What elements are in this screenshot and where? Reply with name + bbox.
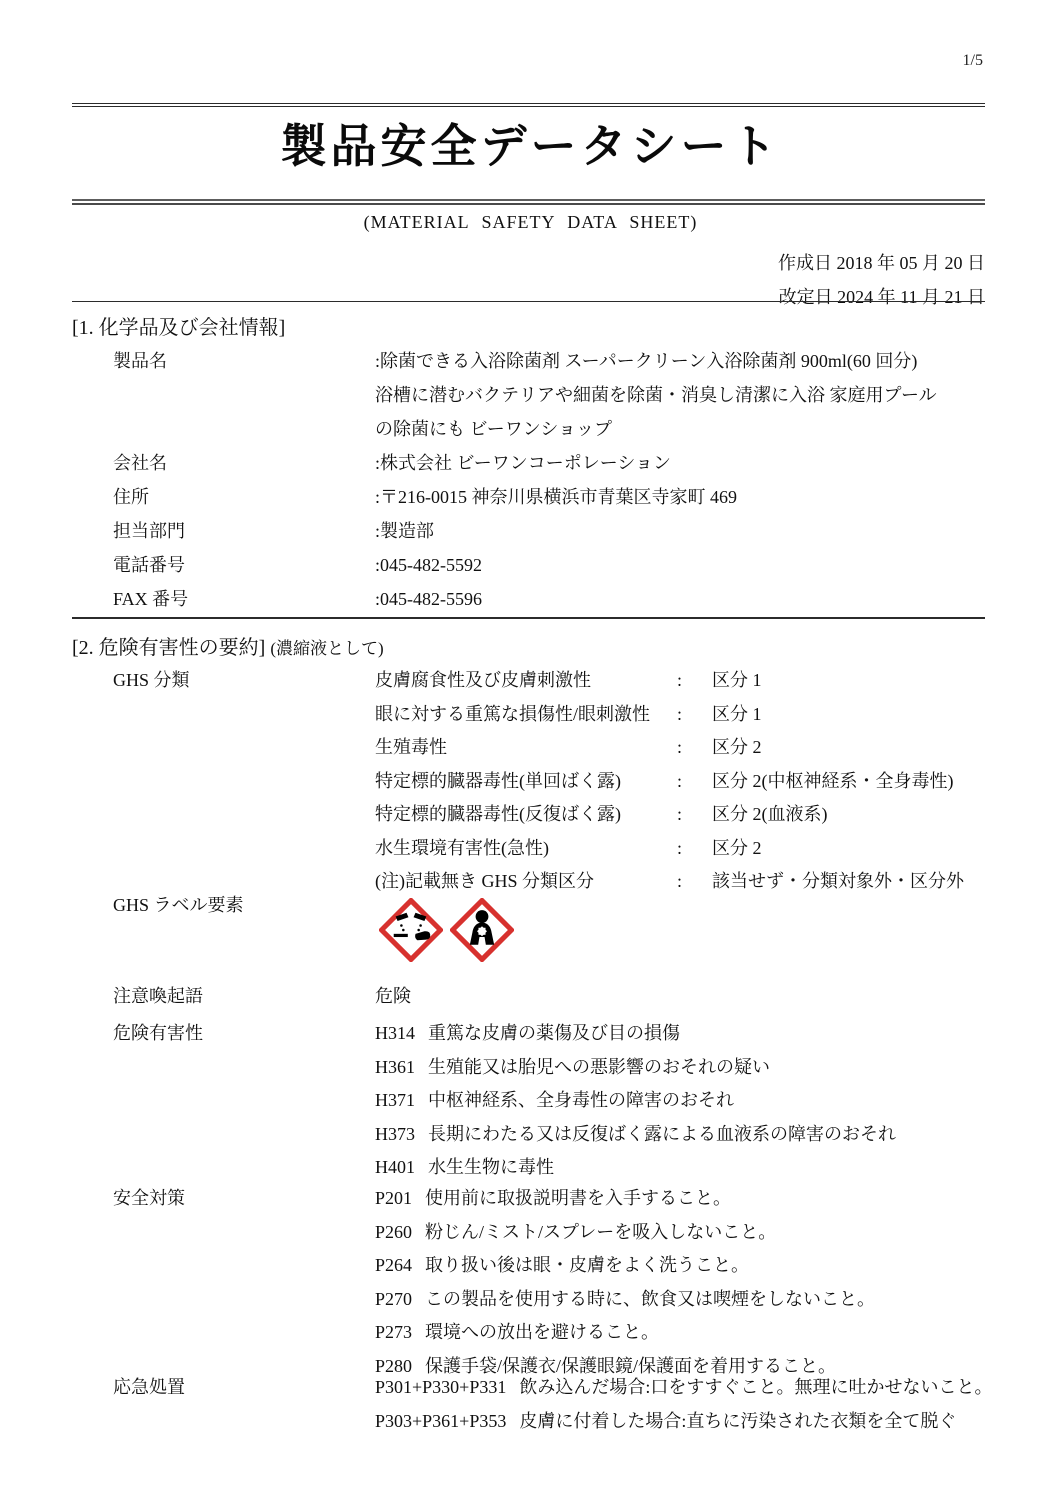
ghs-label-spacer	[113, 832, 375, 866]
precaution-statement: P201使用前に取扱説明書を入手すること。	[375, 1182, 1001, 1216]
ghs-colon: :	[677, 731, 712, 765]
product-name-line: :除菌できる入浴除菌剤 スーパークリーン入浴除菌剤 900ml(60 回分)	[375, 344, 1001, 378]
ghs-classification-table: GHS 分類 皮膚腐食性及び皮膚刺激性 : 区分 1 眼に対する重篤な損傷性/眼…	[113, 664, 1001, 899]
hazard-statement: H314重篤な皮膚の薬傷及び目の損傷	[375, 1017, 1001, 1051]
company-row: 会社名 :株式会社 ビーワンコーポレーション	[113, 446, 1001, 480]
ghs-label-elements-row: GHS ラベル要素	[113, 893, 1001, 917]
ghs-classification-row: 特定標的臓器毒性(単回ばく露) : 区分 2(中枢神経系・全身毒性)	[113, 765, 1001, 799]
ghs-colon: :	[677, 832, 712, 866]
phone-row: 電話番号 :045-482-5592	[113, 548, 1001, 582]
product-name-value: :除菌できる入浴除菌剤 スーパークリーン入浴除菌剤 900ml(60 回分) 浴…	[375, 344, 1001, 446]
hazard-statement: H371中枢神経系、全身毒性の障害のおそれ	[375, 1084, 1001, 1118]
statement-code: H371	[375, 1084, 415, 1118]
section1-rows: 製品名 :除菌できる入浴除菌剤 スーパークリーン入浴除菌剤 900ml(60 回…	[113, 344, 1001, 616]
ghs-colon: :	[677, 765, 712, 799]
created-date: 作成日 2018 年 05 月 20 日	[778, 246, 985, 280]
top-divider	[72, 103, 985, 107]
ghs-colon: :	[677, 664, 712, 698]
company-value: :株式会社 ビーワンコーポレーション	[375, 446, 1001, 480]
ghs-category: 区分 2(血液系)	[712, 798, 1001, 832]
statement-text: 生殖能又は胎児への悪影響のおそれの疑い	[428, 1057, 770, 1077]
section2-heading-note: (濃縮液として)	[270, 639, 383, 658]
precaution-statement: P260粉じん/ミスト/スプレーを吸入しないこと。	[375, 1216, 1001, 1250]
ghs-pictograms	[379, 898, 514, 962]
revised-date: 改定日 2024 年 11 月 21 日	[778, 280, 985, 314]
page-number: 1/5	[963, 52, 983, 70]
statement-code: H401	[375, 1151, 415, 1185]
first-aid-statement: P303+P361+P353皮膚に付着した場合:直ちに汚染された衣類を全て脱ぐ	[375, 1405, 1001, 1439]
hazard-statements-list: H314重篤な皮膚の薬傷及び目の損傷 H361生殖能又は胎児への悪影響のおそれの…	[375, 1017, 1001, 1185]
product-name-row: 製品名 :除菌できる入浴除菌剤 スーパークリーン入浴除菌剤 900ml(60 回…	[113, 344, 1001, 446]
ghs-category: 区分 2	[712, 832, 1001, 866]
ghs-hazard-class: 特定標的臓器毒性(単回ばく露)	[375, 765, 677, 799]
hazard-statement: H373長期にわたる又は反復ばく露による血液系の障害のおそれ	[375, 1118, 1001, 1152]
date-block: 作成日 2018 年 05 月 20 日 改定日 2024 年 11 月 21 …	[778, 246, 985, 314]
ghs-classification-row: 眼に対する重篤な損傷性/眼刺激性 : 区分 1	[113, 698, 1001, 732]
department-value: :製造部	[375, 514, 1001, 548]
statement-code: P270	[375, 1283, 412, 1317]
ghs-hazard-class: 眼に対する重篤な損傷性/眼刺激性	[375, 698, 677, 732]
statement-code: H373	[375, 1118, 415, 1152]
statement-text: 飲み込んだ場合:口をすすぐこと。無理に吐かせないこと。	[519, 1377, 992, 1397]
statement-text: この製品を使用する時に、飲食又は喫煙をしないこと。	[425, 1289, 875, 1309]
ghs-label-spacer	[113, 798, 375, 832]
statement-text: 使用前に取扱説明書を入手すること。	[425, 1188, 731, 1208]
statement-text: 粉じん/ミスト/スプレーを吸入しないこと。	[425, 1222, 776, 1242]
ghs-colon: :	[677, 798, 712, 832]
ghs-category: 区分 1	[712, 698, 1001, 732]
ghs-classification-row: 生殖毒性 : 区分 2	[113, 731, 1001, 765]
section2-heading-text: [2. 危険有害性の要約]	[72, 637, 265, 659]
department-row: 担当部門 :製造部	[113, 514, 1001, 548]
ghs-classification-row: 水生環境有害性(急性) : 区分 2	[113, 832, 1001, 866]
ghs-category: 区分 1	[712, 664, 1001, 698]
pictogram-diamond	[382, 901, 441, 960]
ghs-label-spacer	[113, 731, 375, 765]
precautionary-statements-list: P201使用前に取扱説明書を入手すること。 P260粉じん/ミスト/スプレーを吸…	[375, 1182, 1001, 1383]
ghs-hazard-class: 水生環境有害性(急性)	[375, 832, 677, 866]
product-name-label: 製品名	[113, 344, 375, 446]
company-label: 会社名	[113, 446, 375, 480]
statement-text: 環境への放出を避けること。	[425, 1322, 659, 1342]
section2-heading: [2. 危険有害性の要約] (濃縮液として)	[72, 631, 384, 660]
ghs-label-spacer	[113, 765, 375, 799]
statement-code: P303+P361+P353	[375, 1405, 506, 1439]
document-subtitle: (MATERIAL SAFETY DATA SHEET)	[0, 212, 1061, 233]
hazard-statement: H361生殖能又は胎児への悪影響のおそれの疑い	[375, 1051, 1001, 1085]
document-title: 製品安全データシート	[0, 110, 1061, 176]
ghs-label-elements-label: GHS ラベル要素	[113, 893, 375, 917]
ghs-classification-row: GHS 分類 皮膚腐食性及び皮膚刺激性 : 区分 1	[113, 664, 1001, 698]
precaution-statement: P270この製品を使用する時に、飲食又は喫煙をしないこと。	[375, 1283, 1001, 1317]
signal-word-value: 危険	[375, 984, 1001, 1008]
first-aid-block: 応急処置 P301+P330+P331飲み込んだ場合:口をすすぐこと。無理に吐か…	[113, 1371, 1001, 1438]
precautionary-statements-label: 安全対策	[113, 1182, 375, 1383]
statement-text: 重篤な皮膚の薬傷及び目の損傷	[428, 1023, 680, 1043]
statement-text: 長期にわたる又は反復ばく露による血液系の障害のおそれ	[428, 1124, 896, 1144]
signal-word-label: 注意喚起語	[113, 984, 375, 1008]
statement-code: H314	[375, 1017, 415, 1051]
ghs05-corrosion-pictogram-icon	[379, 898, 443, 962]
statement-text: 取り扱い後は眼・皮膚をよく洗うこと。	[425, 1255, 749, 1275]
title-divider	[72, 199, 985, 205]
hazard-statement: H401水生生物に毒性	[375, 1151, 1001, 1185]
ghs-hazard-class: 皮膚腐食性及び皮膚刺激性	[375, 664, 677, 698]
statement-text: 水生生物に毒性	[428, 1157, 554, 1177]
address-label: 住所	[113, 480, 375, 514]
hazard-statements-block: 危険有害性 H314重篤な皮膚の薬傷及び目の損傷 H361生殖能又は胎児への悪影…	[113, 1017, 1001, 1185]
first-aid-statement: P301+P330+P331飲み込んだ場合:口をすすぐこと。無理に吐かせないこと…	[375, 1371, 1001, 1405]
precaution-statement: P264取り扱い後は眼・皮膚をよく洗うこと。	[375, 1249, 1001, 1283]
ghs-hazard-class: 特定標的臓器毒性(反復ばく露)	[375, 798, 677, 832]
first-aid-list: P301+P330+P331飲み込んだ場合:口をすすぐこと。無理に吐かせないこと…	[375, 1371, 1001, 1438]
ghs-category: 区分 2	[712, 731, 1001, 765]
statement-text: 中枢神経系、全身毒性の障害のおそれ	[428, 1090, 734, 1110]
ghs-classification-label: GHS 分類	[113, 664, 375, 698]
section1-heading: [1. 化学品及び会社情報]	[72, 311, 285, 340]
precautionary-statements-block: 安全対策 P201使用前に取扱説明書を入手すること。 P260粉じん/ミスト/ス…	[113, 1182, 1001, 1383]
ghs-colon: :	[677, 698, 712, 732]
fax-value: :045-482-5596	[375, 582, 1001, 616]
statement-code: P273	[375, 1316, 412, 1350]
section2-divider	[72, 617, 985, 619]
ghs-category: 区分 2(中枢神経系・全身毒性)	[712, 765, 1001, 799]
dates-divider	[72, 301, 985, 302]
statement-code: P264	[375, 1249, 412, 1283]
product-name-line: 浴槽に潜むバクテリアや細菌を除菌・消臭し清潔に入浴 家庭用プール	[375, 378, 1001, 412]
hazard-statements-label: 危険有害性	[113, 1017, 375, 1185]
product-name-line: の除菌にも ビーワンショップ	[375, 412, 1001, 446]
precaution-statement: P273環境への放出を避けること。	[375, 1316, 1001, 1350]
address-value: :〒216-0015 神奈川県横浜市青葉区寺家町 469	[375, 480, 1001, 514]
statement-code: P301+P330+P331	[375, 1371, 506, 1405]
fax-row: FAX 番号 :045-482-5596	[113, 582, 1001, 616]
statement-code: H361	[375, 1051, 415, 1085]
msds-document-page: 1/5 製品安全データシート (MATERIAL SAFETY DATA SHE…	[0, 0, 1061, 1500]
signal-word-row: 注意喚起語 危険	[113, 984, 1001, 1008]
statement-text: 皮膚に付着した場合:直ちに汚染された衣類を全て脱ぐ	[519, 1411, 956, 1431]
ghs-classification-row: 特定標的臓器毒性(反復ばく露) : 区分 2(血液系)	[113, 798, 1001, 832]
phone-value: :045-482-5592	[375, 548, 1001, 582]
statement-code: P201	[375, 1182, 412, 1216]
department-label: 担当部門	[113, 514, 375, 548]
statement-code: P260	[375, 1216, 412, 1250]
ghs-hazard-class: 生殖毒性	[375, 731, 677, 765]
ghs08-health-hazard-pictogram-icon	[450, 898, 514, 962]
first-aid-label: 応急処置	[113, 1371, 375, 1438]
fax-label: FAX 番号	[113, 582, 375, 616]
ghs-label-spacer	[113, 698, 375, 732]
phone-label: 電話番号	[113, 548, 375, 582]
address-row: 住所 :〒216-0015 神奈川県横浜市青葉区寺家町 469	[113, 480, 1001, 514]
